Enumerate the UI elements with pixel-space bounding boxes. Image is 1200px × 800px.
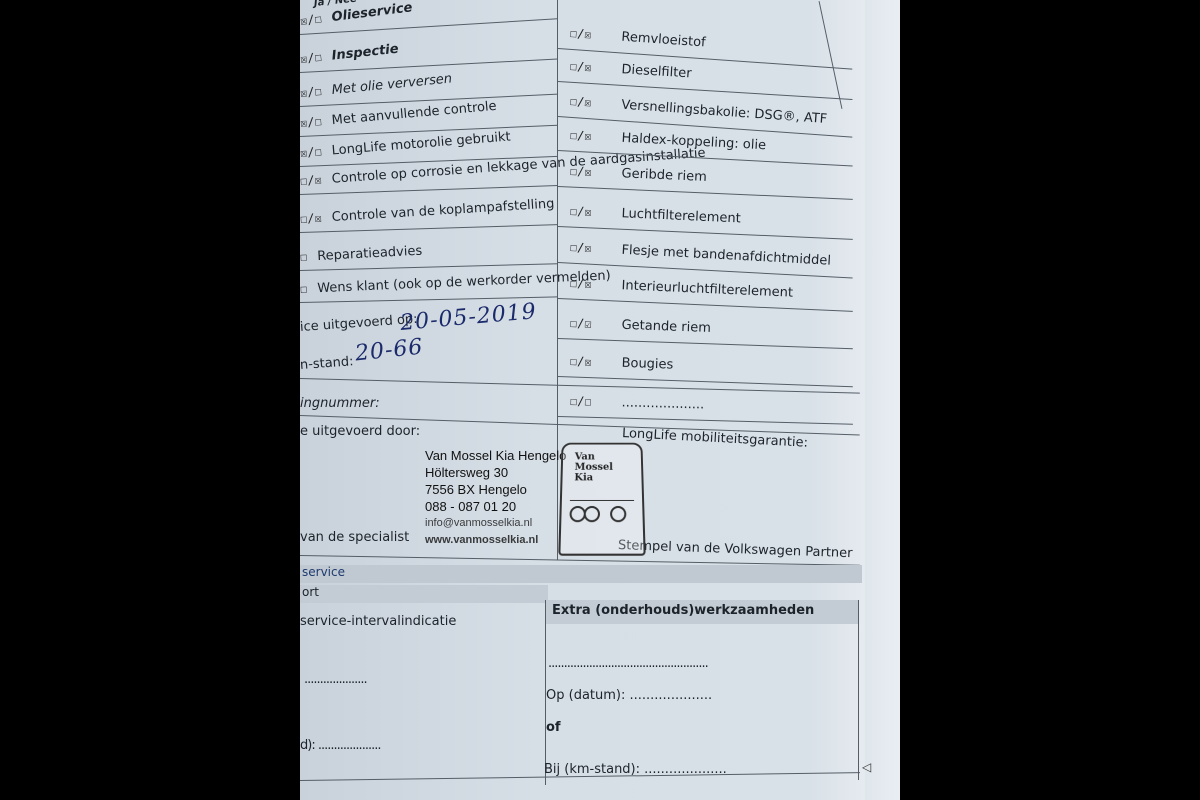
checkbox-pair[interactable]: ☐ [300, 250, 308, 264]
extra-work-blank[interactable]: ........................................… [548, 656, 708, 671]
checklist-label: Inspectie [331, 42, 399, 64]
checklist-label: Interieurluchtfilterelement [621, 278, 793, 300]
right-checklist-row: ☐/☒Bougies [570, 350, 674, 373]
dealer-website: www.vanmosselkia.nl [425, 532, 566, 549]
logo-bar [570, 500, 634, 501]
rule [558, 298, 853, 312]
checklist-label: Bougies [621, 356, 673, 373]
rule [300, 185, 558, 195]
right-checklist-row: ☐/☒Remvloeistof [569, 22, 706, 50]
box-border [858, 600, 859, 780]
logo-line: Kia [574, 473, 613, 484]
left-checklist-row: ☒/☐Met olie verversen [300, 67, 453, 101]
left-checklist-row: ☐/☒Controle van de koplampafstelling [300, 192, 555, 227]
checkbox-pair[interactable]: ☒/☐ [300, 144, 322, 160]
right-checklist-row: ☐/☐.................... [570, 390, 705, 413]
checkbox-pair[interactable]: ☐/☒ [570, 204, 592, 219]
checklist-label: Remvloeistof [621, 30, 706, 51]
partner-stamp-label: Stempel van de Volkswagen Partner [618, 538, 853, 561]
km-label: n-stand: [300, 354, 354, 373]
checkbox-pair[interactable]: ☒/☐ [300, 84, 322, 100]
service-form: Ja / Nee ☒/☐Olieservice☒/☐Inspectie☒/☐Me… [300, 0, 900, 800]
logo-line: Mossel [574, 462, 613, 472]
right-checklist-row: ☐/☒Dieselfilter [569, 55, 692, 81]
date-field[interactable]: Op (datum): .................... [546, 688, 712, 703]
dealer-logo-stamp: Van Mossel Kia [558, 443, 645, 556]
dealer-email: info@vanmosselkia.nl [425, 515, 566, 532]
checkbox-pair[interactable]: ☐/☒ [570, 128, 592, 143]
left-checklist-row: ☐Reparatieadvies [300, 240, 423, 265]
performed-by-label: e uitgevoerd door: [300, 424, 420, 439]
km-field[interactable]: Bij (km-stand): .................... [544, 762, 727, 777]
gauge-icon [610, 506, 626, 522]
logo-line: Van [575, 452, 613, 462]
left-blank-field-1[interactable]: .................... [304, 672, 367, 687]
dealer-city: 7556 BX Hengelo [425, 481, 566, 498]
km-handwritten[interactable]: 20-66 [354, 334, 425, 366]
dealer-stamp: Van Mossel Kia Hengelo Höltersweg 30 755… [425, 447, 566, 549]
rule [300, 224, 558, 233]
checklist-label: Dieselfilter [621, 62, 692, 81]
checkbox-pair[interactable]: ☐/☒ [569, 94, 592, 109]
checkbox-pair[interactable]: ☒/☐ [300, 114, 322, 130]
checklist-label: Reparatieadvies [317, 244, 423, 264]
specialist-label: van de specialist [300, 530, 409, 545]
dealer-phone: 088 - 087 01 20 [425, 498, 566, 515]
checklist-label: Flesje met bandenafdichtmiddel [621, 243, 831, 269]
dealer-name: Van Mossel Kia Hengelo [425, 447, 566, 464]
section-header-service: service [300, 565, 862, 583]
page-border [819, 1, 843, 109]
rule [558, 186, 853, 200]
order-number-label: ingnummer: [300, 396, 380, 411]
right-checklist-row: ☐/☑Getande riem [570, 312, 712, 336]
checkbox-pair[interactable]: ☐/☒ [570, 240, 592, 255]
right-checklist-row: ☐/☒Interieurluchtfilterelement [570, 272, 794, 301]
rule [558, 416, 853, 425]
right-checklist-row: ☐/☒Geribde riem [570, 160, 708, 185]
left-blank-field-2[interactable]: d): .................... [300, 738, 380, 753]
checklist-label: Wens klant (ook op de werkorder vermelde… [317, 268, 611, 296]
right-checklist-row: ☐/☒Luchtfilterelement [570, 200, 742, 226]
gauge-icon [584, 506, 600, 522]
dealer-street: Höltersweg 30 [425, 464, 566, 481]
checklist-label: .................... [621, 395, 704, 412]
checkbox-pair[interactable]: ☐ [300, 282, 308, 296]
checkbox-pair[interactable]: ☐/☒ [569, 26, 592, 41]
service-date-handwritten[interactable]: 20-05-2019 [399, 299, 538, 336]
checkbox-pair[interactable]: ☐/☒ [570, 354, 592, 369]
checklist-label: Met olie verversen [331, 71, 453, 98]
checkbox-pair[interactable]: ☐/☑ [570, 316, 592, 331]
checkbox-pair[interactable]: ☒/☐ [300, 50, 322, 66]
checkbox-pair[interactable]: ☐/☒ [570, 276, 592, 291]
subheader-left: ort [300, 585, 548, 603]
interval-indication-label: service-intervalindicatie [300, 614, 456, 629]
checklist-label: Geribde riem [621, 166, 707, 185]
page-marker-icon: ◁ [862, 760, 871, 774]
checklist-label: Luchtfilterelement [621, 206, 741, 226]
checklist-label: Olieservice [331, 0, 413, 25]
or-label: of [546, 720, 561, 735]
booklet-photo: Ja / Nee ☒/☐Olieservice☒/☐Inspectie☒/☐Me… [300, 0, 900, 800]
checkbox-pair[interactable]: ☐/☒ [300, 173, 322, 188]
checkbox-pair[interactable]: ☐/☐ [570, 394, 592, 409]
checkbox-pair[interactable]: ☐/☒ [569, 59, 592, 74]
rule [558, 338, 853, 349]
checkbox-pair[interactable]: ☒/☐ [300, 11, 323, 28]
checkbox-pair[interactable]: ☐/☒ [300, 211, 322, 226]
checkbox-pair[interactable]: ☐/☒ [570, 164, 592, 179]
left-checklist-row: ☒/☐Inspectie [300, 38, 399, 67]
subheader-extra-work: Extra (onderhouds)werkzaamheden [546, 600, 858, 624]
checklist-label: Getande riem [621, 318, 711, 336]
checklist-label: Controle van de koplampafstelling [331, 196, 555, 225]
